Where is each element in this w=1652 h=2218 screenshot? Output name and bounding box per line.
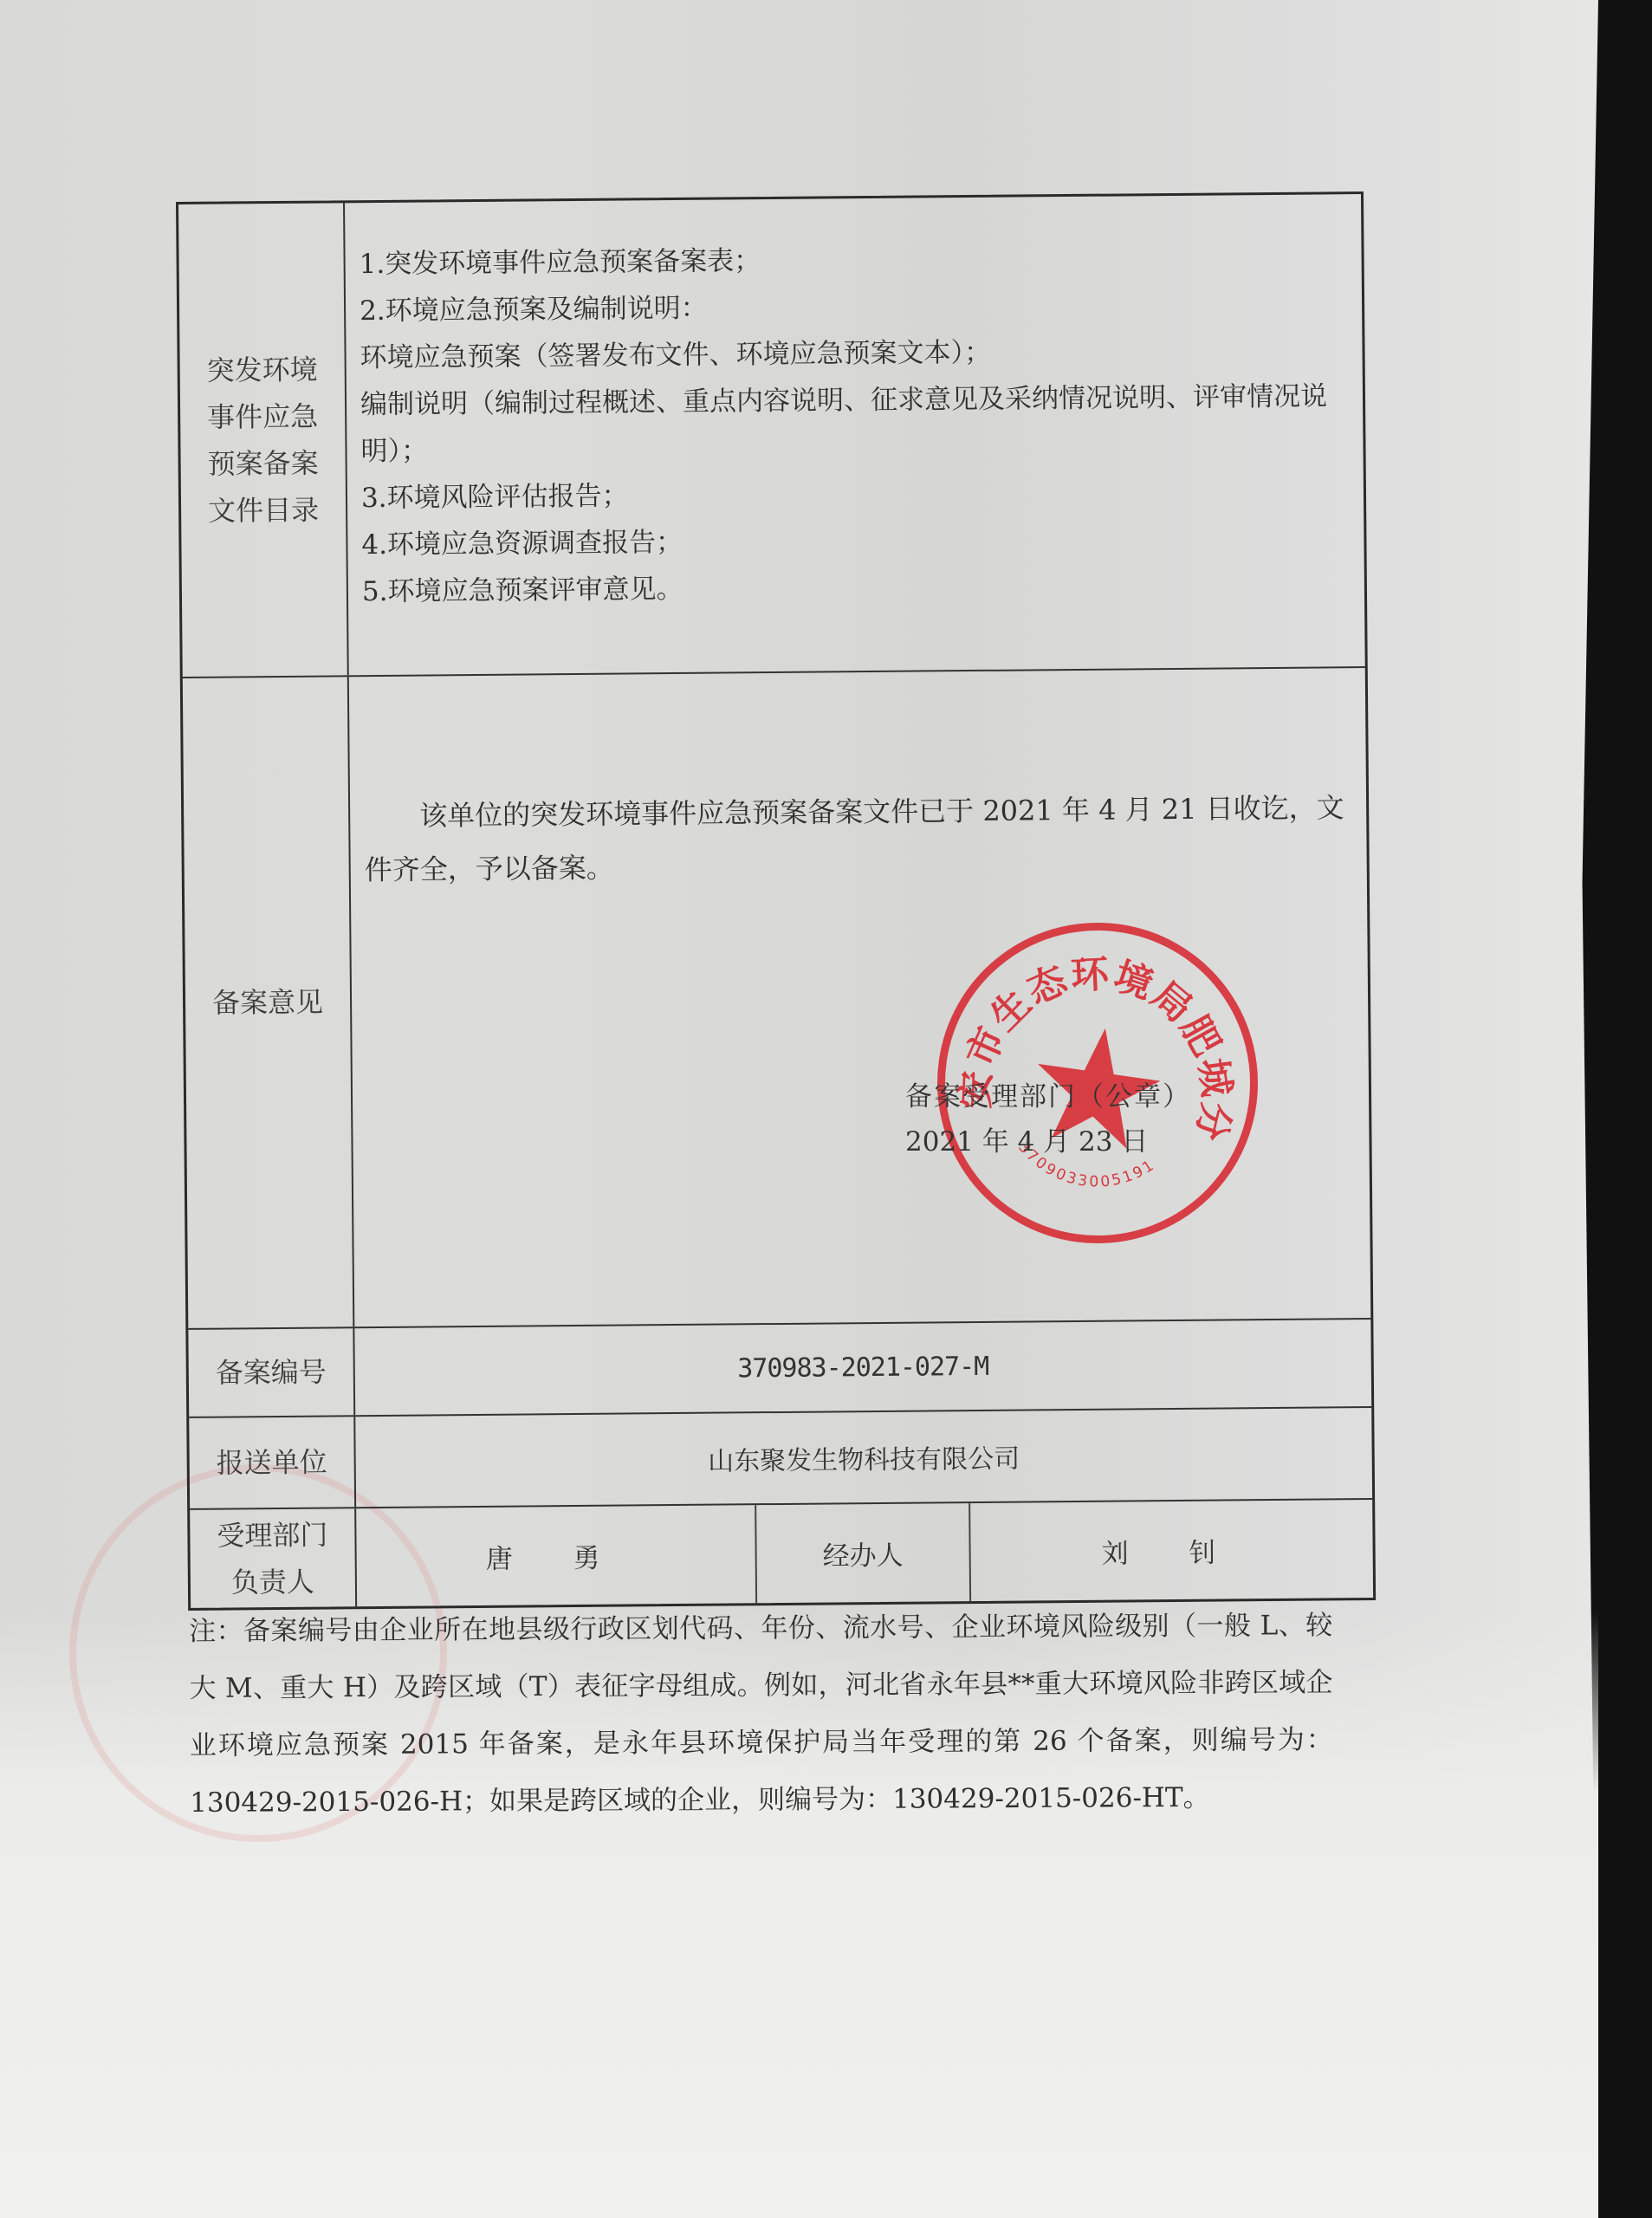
file-item: 5.环境应急预案评审意见。 <box>362 560 1352 615</box>
file-item: 4.环境应急资源调查报告； <box>361 513 1351 568</box>
record-number-label: 备案编号 <box>188 1328 355 1417</box>
file-item: 环境应急预案（签署发布文件、环境应急预案文本）； <box>360 326 1350 381</box>
file-item: 2.环境应急预案及编制说明： <box>360 279 1350 334</box>
filing-form-table: 突发环境 事件应急 预案备案 文件目录 1.突发环境事件应急预案备案表； 2.环… <box>176 191 1376 1611</box>
record-number-value: 370983-2021-027-M <box>354 1320 1371 1415</box>
footnote: 注：备案编号由企业所在地县级行政区划代码、年份、流水号、企业环境风险级别（一般 … <box>189 1597 1333 1832</box>
files-label: 突发环境 事件应急 预案备案 文件目录 <box>178 203 349 677</box>
handler-label: 经办人 <box>756 1503 971 1603</box>
responsible-row: 受理部门 负责人 唐 勇 经办人 刘 钊 <box>190 1500 1373 1608</box>
files-row: 突发环境 事件应急 预案备案 文件目录 1.突发环境事件应急预案备案表； 2.环… <box>178 194 1365 678</box>
responsible-label: 受理部门 负责人 <box>190 1508 357 1608</box>
department-head-name: 唐 勇 <box>356 1505 757 1606</box>
opinion-label: 备案意见 <box>183 677 355 1328</box>
opinion-text: 该单位的突发环境事件应急预案备案文件已于 2021 年 4 月 21 日收讫，文… <box>364 781 1355 897</box>
handler-name: 刘 钊 <box>970 1500 1373 1601</box>
stamp-caption-title: 备案受理部门（公章） <box>905 1074 1191 1119</box>
record-number-row: 备案编号 370983-2021-027-M <box>188 1320 1371 1418</box>
file-list: 1.突发环境事件应急预案备案表； 2.环境应急预案及编制说明： 环境应急预案（签… <box>345 194 1364 615</box>
file-item: 编制说明（编制过程概述、重点内容说明、征求意见及采纳情况说明、评审情况说明）； <box>360 373 1351 475</box>
stamp-date: 2021 年 4 月 23 日 <box>905 1119 1191 1164</box>
responsible-cells: 唐 勇 经办人 刘 钊 <box>356 1500 1373 1606</box>
submitting-unit-value: 山东聚发生物科技有限公司 <box>355 1408 1372 1507</box>
submitting-unit-row: 报送单位 山东聚发生物科技有限公司 <box>189 1408 1372 1510</box>
submitting-unit-label: 报送单位 <box>189 1417 356 1508</box>
file-item: 3.环境风险评估报告； <box>361 466 1351 522</box>
files-list-cell: 1.突发环境事件应急预案备案表； 2.环境应急预案及编制说明： 环境应急预案（签… <box>345 194 1365 675</box>
file-item: 1.突发环境事件应急预案备案表； <box>359 232 1349 288</box>
stamp-caption: 备案受理部门（公章） 2021 年 4 月 23 日 <box>905 1074 1191 1164</box>
